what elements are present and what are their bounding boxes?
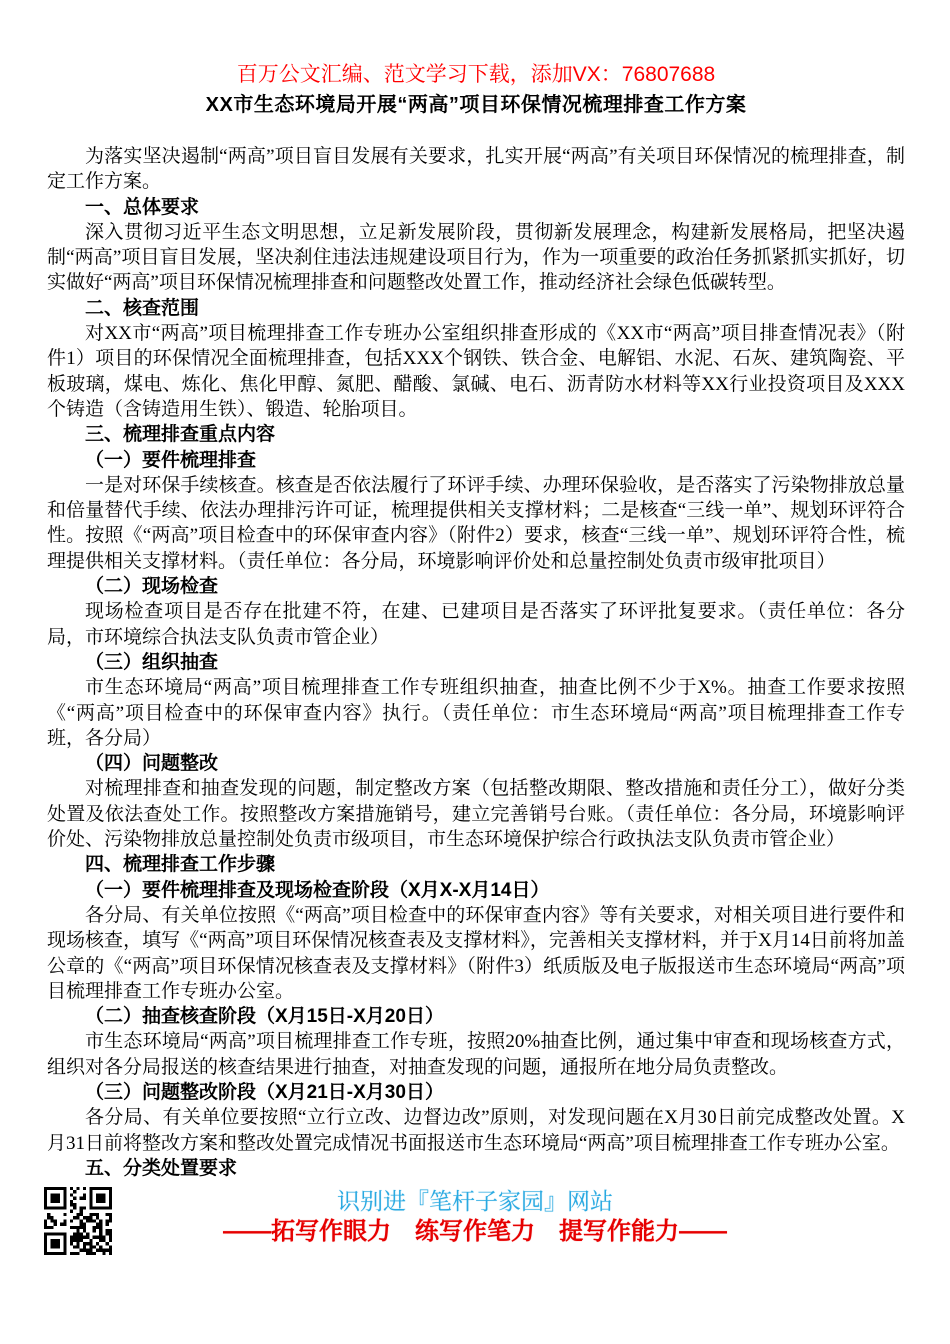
- section-heading: 五、分类处置要求: [47, 1156, 905, 1181]
- section-heading: 一、总体要求: [47, 195, 905, 220]
- site-link-text: 识别进『笔杆子家园』网站: [0, 1187, 950, 1215]
- section-heading: （三）组织抽查: [47, 650, 905, 675]
- section-heading: （四）问题整改: [47, 751, 905, 776]
- paragraph: 为落实坚决遏制“两高”项目盲目发展有关要求，扎实开展“两高”有关项目环保情况的梳…: [47, 144, 905, 195]
- slogan-text: ——拓写作眼力 练写作笔力 提写作能力——: [0, 1217, 950, 1247]
- paragraph: 各分局、有关单位要按照“立行立改、边督边改”原则，对发现问题在X月30日前完成整…: [47, 1105, 905, 1156]
- page-footer: 识别进『笔杆子家园』网站 ——拓写作眼力 练写作笔力 提写作能力——: [0, 1183, 950, 1313]
- paragraph: 各分局、有关单位按照《“两高”项目检查中的环保审查内容》等有关要求，对相关项目进…: [47, 903, 905, 1004]
- section-heading: 三、梳理排查重点内容: [47, 422, 905, 447]
- paragraph: 市生态环境局“两高”项目梳理排查工作专班，按照20%抽查比例，通过集中审查和现场…: [47, 1029, 905, 1080]
- footer-lines: 识别进『笔杆子家园』网站 ——拓写作眼力 练写作笔力 提写作能力——: [0, 1187, 950, 1247]
- section-heading: （二）现场检查: [47, 574, 905, 599]
- paragraph: 市生态环境局“两高”项目梳理排查工作专班组织抽查，抽查比例不少于X%。抽查工作要…: [47, 675, 905, 751]
- document-page: 百万公文汇编、范文学习下载，添加VX：76807688 XX市生态环境局开展“两…: [47, 62, 905, 1181]
- paragraph: 对梳理排查和抽查发现的问题，制定整改方案（包括整改期限、整改措施和责任分工），做…: [47, 776, 905, 852]
- document-body: 为落实坚决遏制“两高”项目盲目发展有关要求，扎实开展“两高”有关项目环保情况的梳…: [47, 144, 905, 1181]
- paragraph: 深入贯彻习近平生态文明思想，立足新发展阶段，贯彻新发展理念，构建新发展格局，把坚…: [47, 220, 905, 296]
- paragraph: 现场检查项目是否存在批建不符，在建、已建项目是否落实了环评批复要求。（责任单位：…: [47, 599, 905, 650]
- paragraph: 一是对环保手续核查。核查是否依法履行了环评手续、办理环保验收，是否落实了污染物排…: [47, 473, 905, 574]
- section-heading: （三）问题整改阶段（X月21日-X月30日）: [47, 1080, 905, 1105]
- section-heading: （一）要件梳理排查及现场检查阶段（X月X-X月14日）: [47, 878, 905, 903]
- paragraph: 对XX市“两高”项目梳理排查工作专班办公室组织排查形成的《XX市“两高”项目排查…: [47, 321, 905, 422]
- section-heading: 二、核查范围: [47, 296, 905, 321]
- download-notice: 百万公文汇编、范文学习下载，添加VX：76807688: [47, 62, 905, 88]
- section-heading: （二）抽查核查阶段（X月15日-X月20日）: [47, 1004, 905, 1029]
- section-heading: 四、梳理排查工作步骤: [47, 852, 905, 877]
- document-title: XX市生态环境局开展“两高”项目环保情况梳理排查工作方案: [47, 92, 905, 118]
- section-heading: （一）要件梳理排查: [47, 448, 905, 473]
